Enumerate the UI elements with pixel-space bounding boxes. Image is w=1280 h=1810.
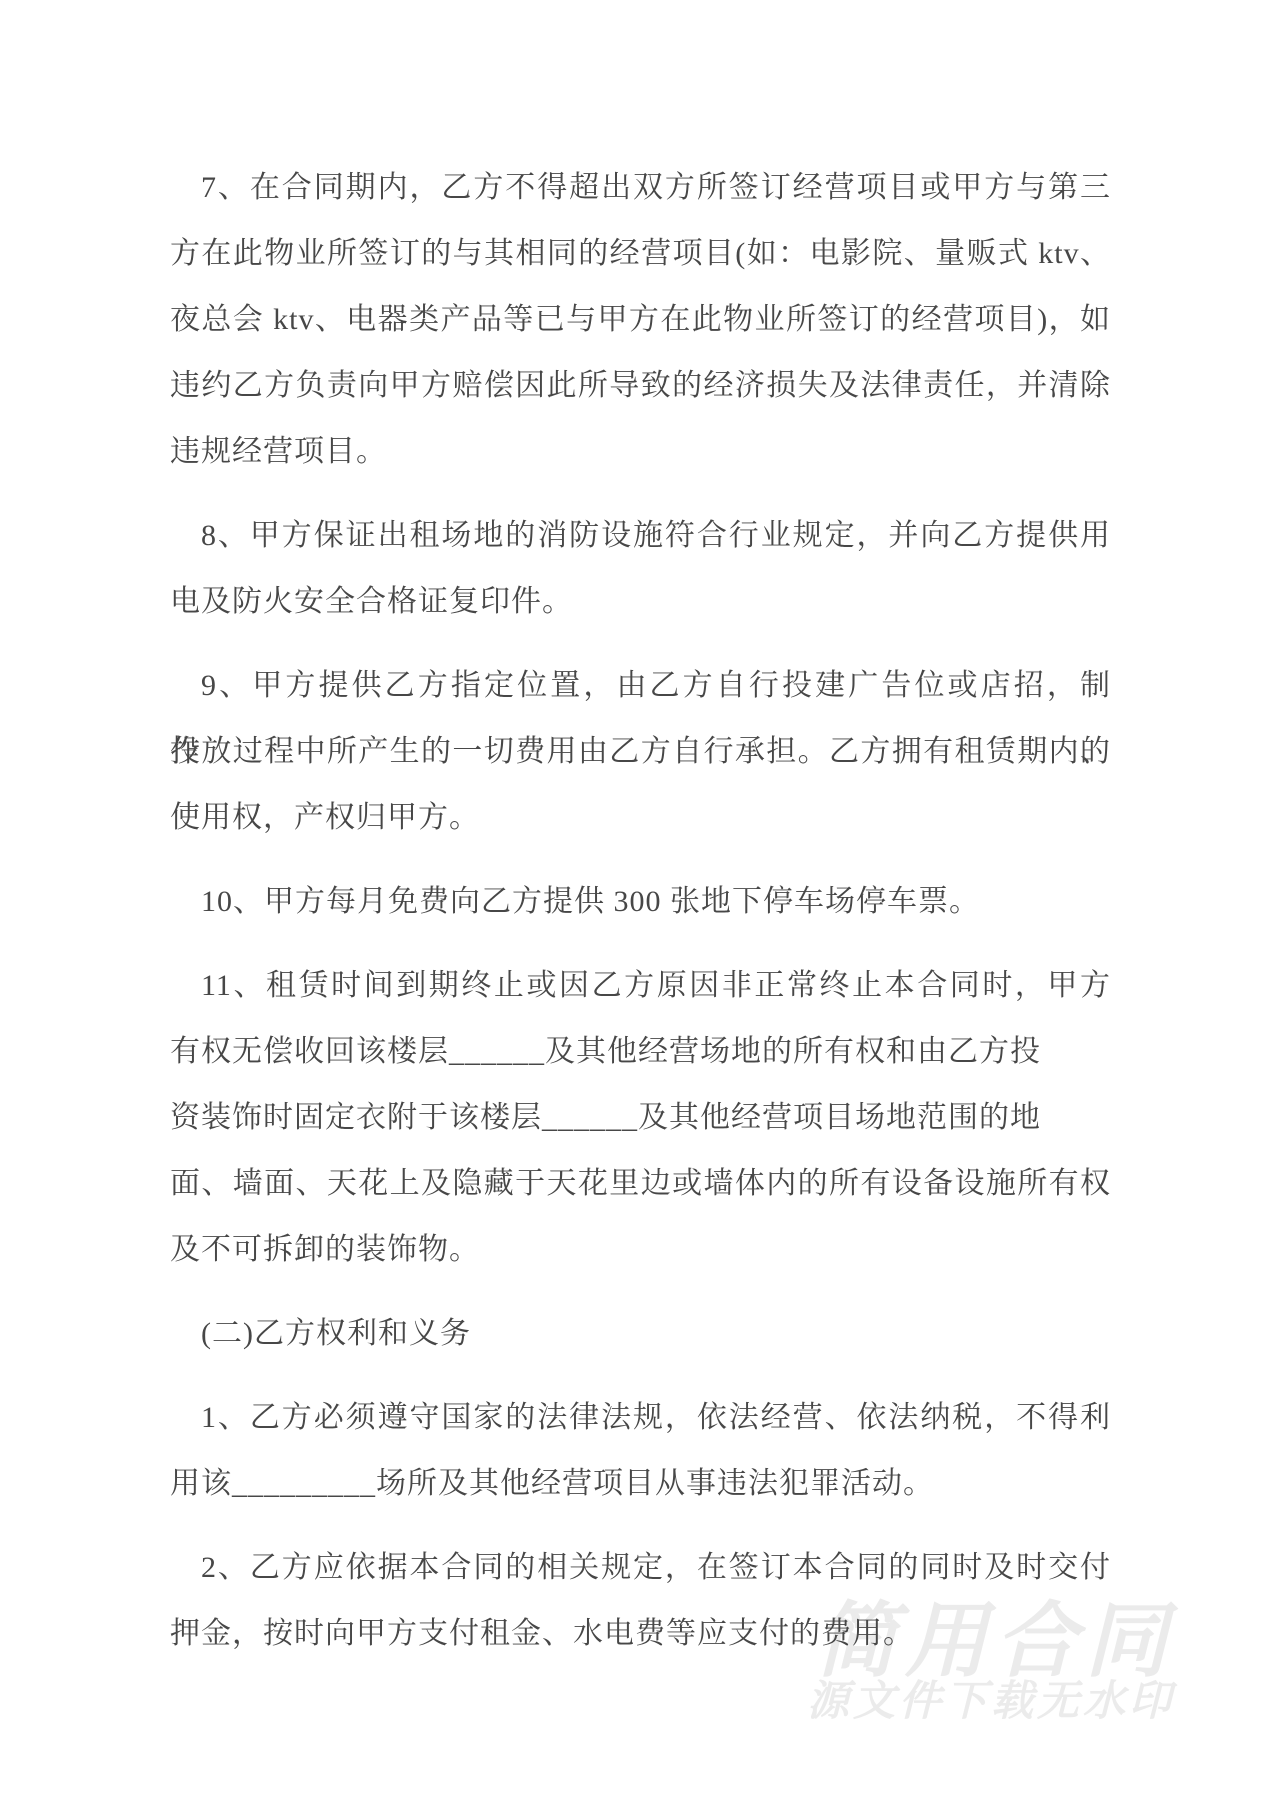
document-body: 7、在合同期内，乙方不得超出双方所签订经营项目或甲方与第三方在此物业所签订的与其… (170, 155, 1111, 1685)
clause-8: 8、甲方保证出租场地的消防设施符合行业规定，并向乙方提供用电及防火安全合格证复印… (170, 503, 1111, 635)
text-line: 10、甲方每月免费向乙方提供 300 张地下停车场停车票。 (170, 869, 1111, 935)
clause-11: 11、租赁时间到期终止或因乙方原因非正常终止本合同时，甲方有权无偿收回该楼层__… (170, 953, 1111, 1283)
clause-1: 1、乙方必须遵守国家的法律法规，依法经营、依法纳税，不得利用该_________… (170, 1385, 1111, 1517)
clause-9: 9、甲方提供乙方指定位置，由乙方自行投建广告位或店招，制作、投放过程中所产生的一… (170, 653, 1111, 851)
text-line: 8、甲方保证出租场地的消防设施符合行业规定，并向乙方提供用 (170, 503, 1111, 569)
text-line: 及不可拆卸的装饰物。 (170, 1217, 1111, 1283)
text-line: 用该_________场所及其他经营项目从事违法犯罪活动。 (170, 1451, 1111, 1517)
clause-7: 7、在合同期内，乙方不得超出双方所签订经营项目或甲方与第三方在此物业所签订的与其… (170, 155, 1111, 485)
text-line: 有权无偿收回该楼层______及其他经营场地的所有权和由乙方投 (170, 1019, 1111, 1085)
clause-10: 10、甲方每月免费向乙方提供 300 张地下停车场停车票。 (170, 869, 1111, 935)
text-line: 9、甲方提供乙方指定位置，由乙方自行投建广告位或店招，制作、 (170, 653, 1111, 719)
text-line: 方在此物业所签订的与其相同的经营项目(如：电影院、量贩式 ktv、 (170, 221, 1111, 287)
text-line: 资装饰时固定衣附于该楼层______及其他经营项目场地范围的地 (170, 1085, 1111, 1151)
text-line: 面、墙面、天花上及隐藏于天花里边或墙体内的所有设备设施所有权 (170, 1151, 1111, 1217)
text-line: 电及防火安全合格证复印件。 (170, 569, 1111, 635)
text-line: 2、乙方应依据本合同的相关规定，在签订本合同的同时及时交付 (170, 1535, 1111, 1601)
contract-page: 7、在合同期内，乙方不得超出双方所签订经营项目或甲方与第三方在此物业所签订的与其… (0, 0, 1280, 1810)
text-line: 违约乙方负责向甲方赔偿因此所导致的经济损失及法律责任，并清除 (170, 353, 1111, 419)
text-line: 11、租赁时间到期终止或因乙方原因非正常终止本合同时，甲方 (170, 953, 1111, 1019)
text-line: 1、乙方必须遵守国家的法律法规，依法经营、依法纳税，不得利 (170, 1385, 1111, 1451)
text-line: (二)乙方权利和义务 (170, 1301, 1111, 1367)
text-line: 违规经营项目。 (170, 419, 1111, 485)
text-line: 夜总会 ktv、电器类产品等已与甲方在此物业所签订的经营项目)，如 (170, 287, 1111, 353)
clause-2: 2、乙方应依据本合同的相关规定，在签订本合同的同时及时交付押金，按时向甲方支付租… (170, 1535, 1111, 1667)
section-heading-2: (二)乙方权利和义务 (170, 1301, 1111, 1367)
text-line: 7、在合同期内，乙方不得超出双方所签订经营项目或甲方与第三 (170, 155, 1111, 221)
text-line: 投放过程中所产生的一切费用由乙方自行承担。乙方拥有租赁期内的 (170, 719, 1111, 785)
text-line: 押金，按时向甲方支付租金、水电费等应支付的费用。 (170, 1601, 1111, 1667)
text-line: 使用权，产权归甲方。 (170, 785, 1111, 851)
